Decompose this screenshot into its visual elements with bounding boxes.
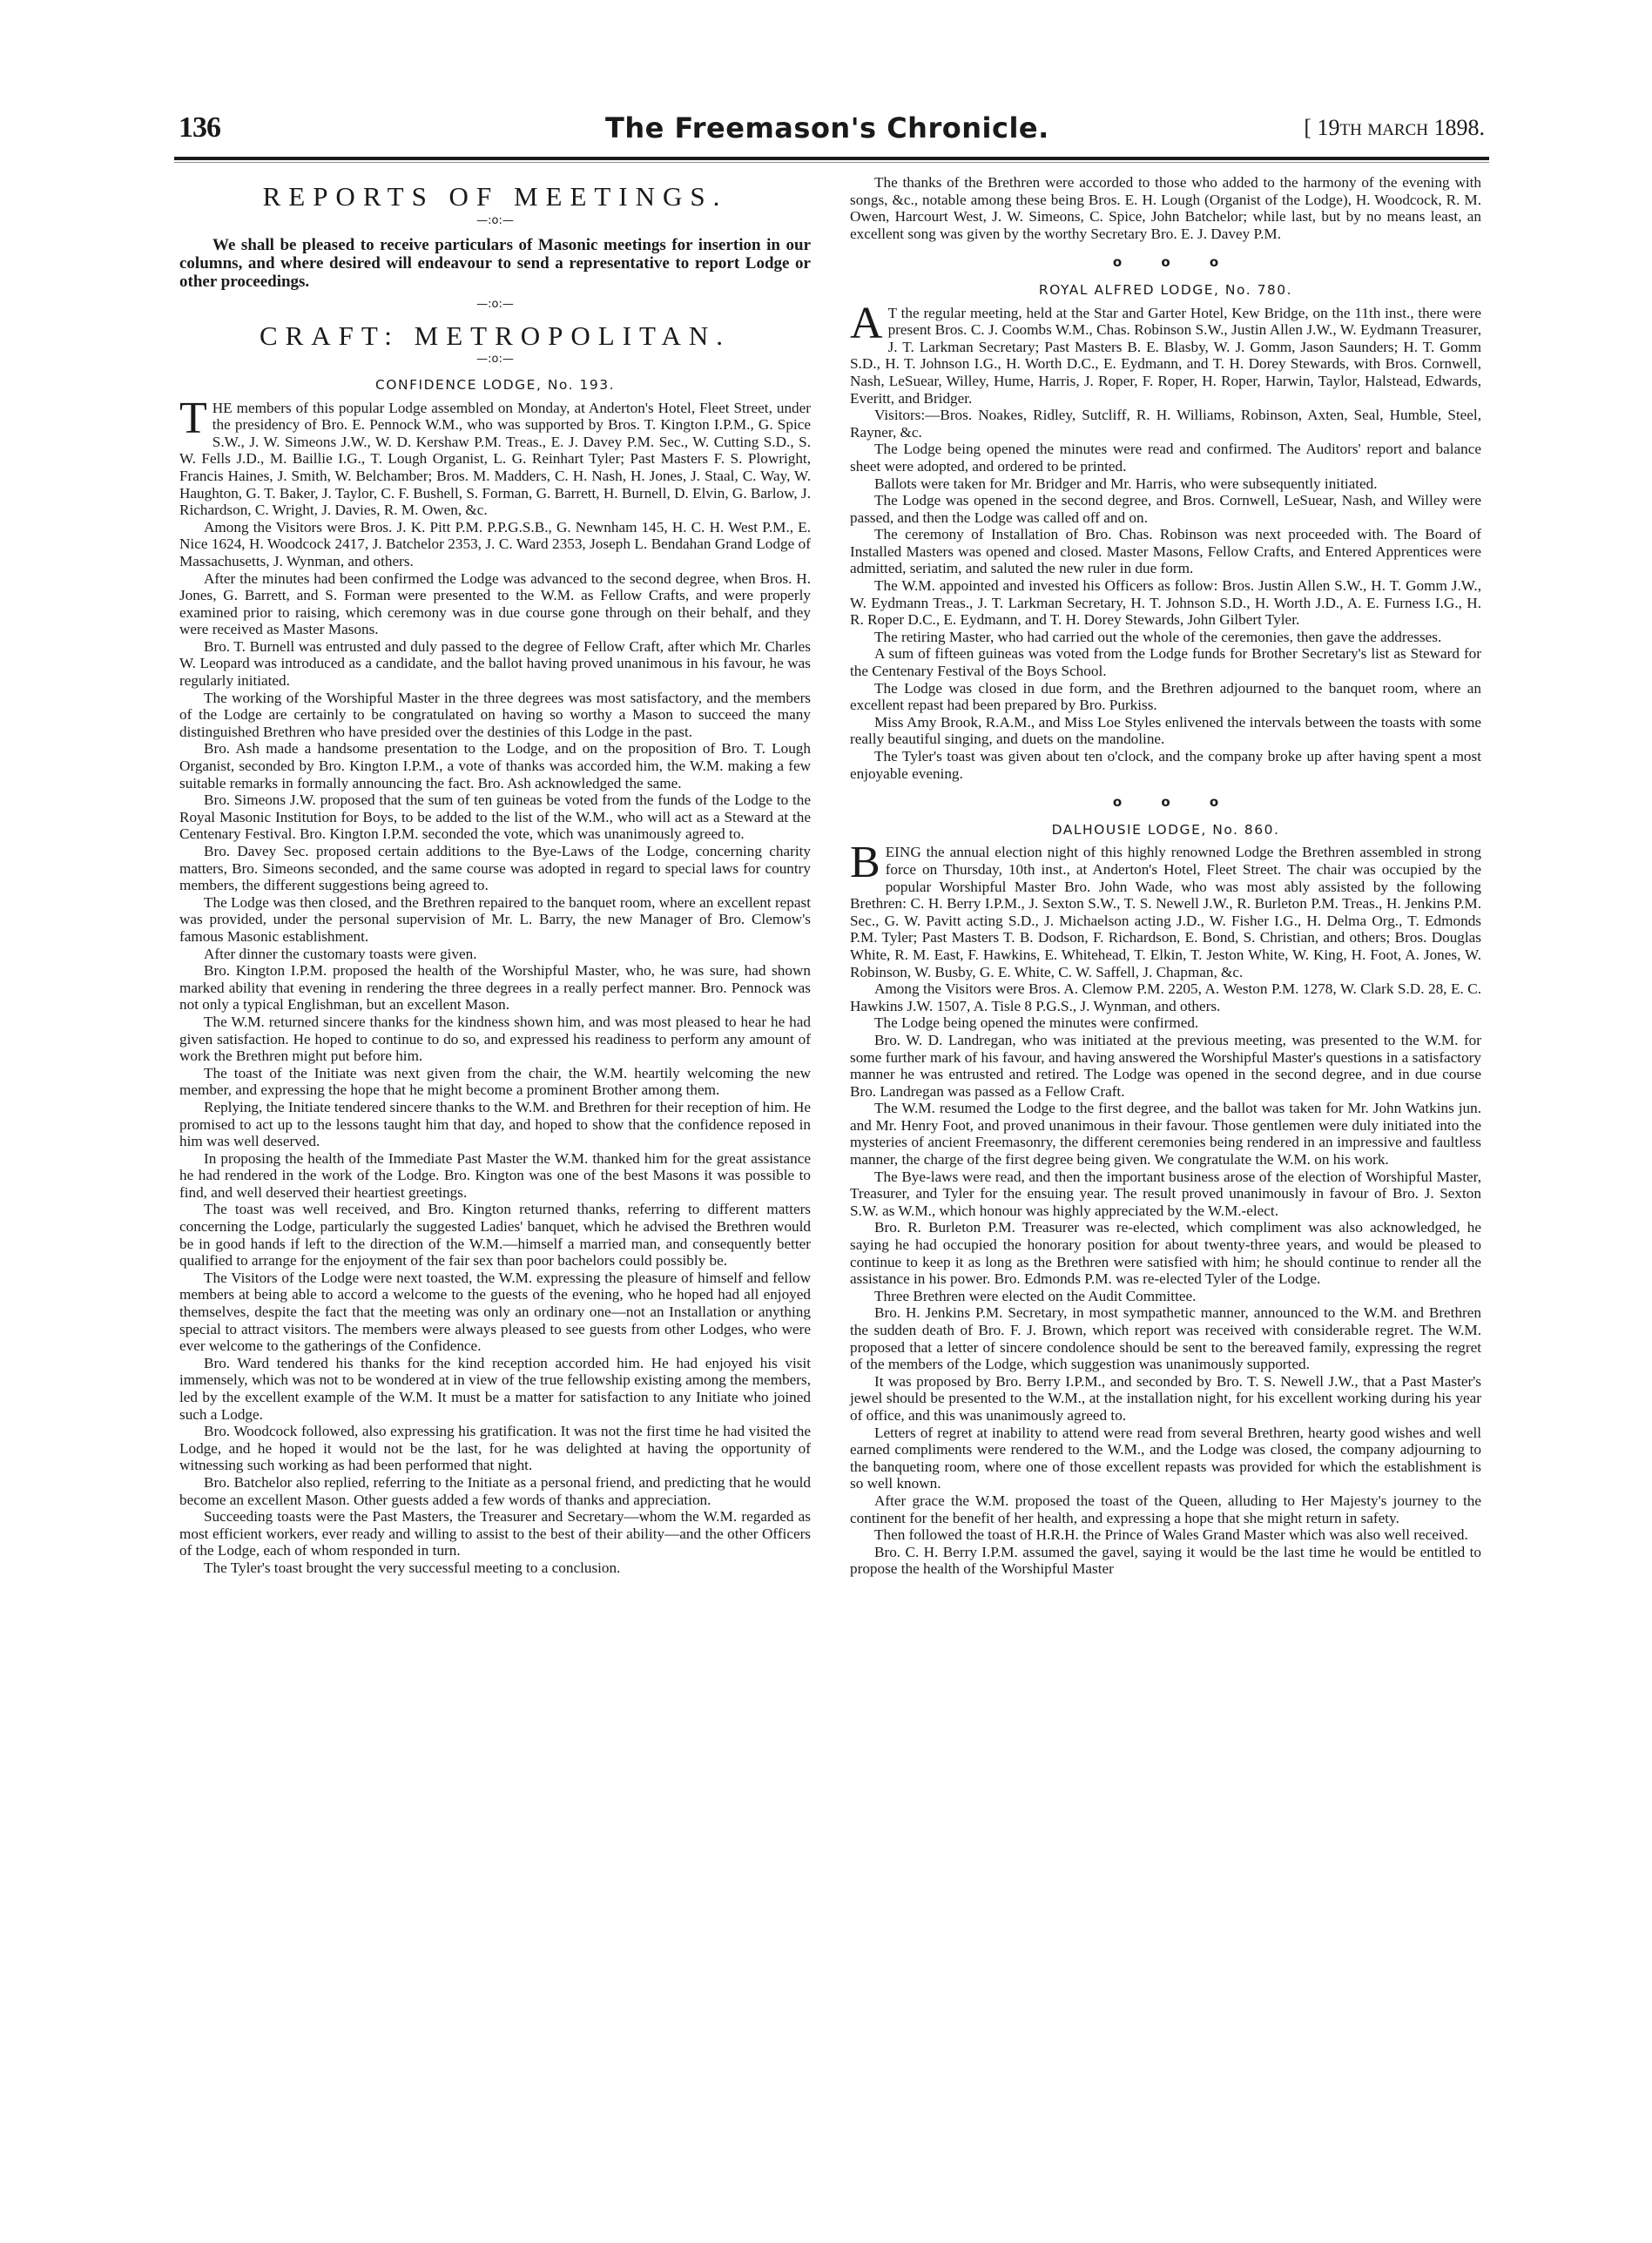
drop-cap: B: [850, 845, 880, 880]
article-paragraph: Among the Visitors were Bros. J. K. Pitt…: [179, 519, 811, 570]
article-paragraph: In proposing the health of the Immediate…: [179, 1150, 811, 1202]
article-paragraph: THE members of this popular Lodge assemb…: [179, 400, 811, 519]
separator: —:o:—: [179, 296, 811, 313]
article-paragraph: It was proposed by Bro. Berry I.P.M., an…: [850, 1373, 1481, 1425]
date-ordinal: TH: [1339, 121, 1361, 139]
masthead-rule: [174, 157, 1489, 160]
drop-cap: T: [179, 401, 207, 436]
publication-title: The Freemason's Chronicle.: [605, 111, 1049, 145]
article-paragraph: After the minutes had been confirmed the…: [179, 570, 811, 638]
article-paragraph: The Lodge was opened in the second degre…: [850, 492, 1481, 526]
article-paragraph: The Lodge was then closed, and the Breth…: [179, 894, 811, 946]
article-paragraph: Bro. H. Jenkins P.M. Secretary, in most …: [850, 1304, 1481, 1372]
article-dalhousie-lodge: BEING the annual election night of this …: [850, 844, 1481, 1578]
section-heading-craft: CRAFT: METROPOLITAN.: [179, 327, 811, 345]
article-paragraph: Bro. Batchelor also replied, referring t…: [179, 1474, 811, 1508]
article-paragraph: Bro. Ward tendered his thanks for the ki…: [179, 1355, 811, 1423]
article-confidence-lodge: THE members of this popular Lodge assemb…: [179, 400, 811, 1577]
drop-cap: A: [850, 306, 883, 341]
article-paragraph: After dinner the customary toasts were g…: [179, 946, 811, 963]
date-bracket: [: [1304, 115, 1311, 140]
paragraph-text: HE members of this popular Lodge assembl…: [179, 400, 811, 519]
article-paragraph: The Lodge being opened the minutes were …: [850, 441, 1481, 475]
article-paragraph: The Lodge being opened the minutes were …: [850, 1014, 1481, 1032]
article-paragraph: Among the Visitors were Bros. A. Clemow …: [850, 980, 1481, 1014]
article-paragraph: After grace the W.M. proposed the toast …: [850, 1492, 1481, 1526]
lodge-heading-dalhousie: DALHOUSIE LODGE, No. 860.: [850, 822, 1481, 839]
article-paragraph: Bro. R. Burleton P.M. Treasurer was re-e…: [850, 1219, 1481, 1287]
continued-paragraph: The thanks of the Brethren were accorded…: [850, 174, 1481, 242]
article-paragraph: A sum of fifteen guineas was voted from …: [850, 645, 1481, 679]
article-paragraph: The W.M. resumed the Lodge to the first …: [850, 1100, 1481, 1168]
article-paragraph: Then followed the toast of H.R.H. the Pr…: [850, 1526, 1481, 1544]
issue-date: [ 19TH MARCH 1898.: [1304, 115, 1485, 141]
article-paragraph: Ballots were taken for Mr. Bridger and M…: [850, 475, 1481, 493]
masthead: 136 The Freemason's Chronicle. [ 19TH MA…: [179, 111, 1485, 155]
section-heading-reports: REPORTS OF MEETINGS.: [179, 188, 811, 205]
lodge-heading-royal-alfred: ROYAL ALFRED LODGE, No. 780.: [850, 282, 1481, 300]
article-paragraph: Succeeding toasts were the Past Masters,…: [179, 1508, 811, 1559]
date-year: 1898.: [1434, 115, 1486, 140]
article-paragraph: BEING the annual election night of this …: [850, 844, 1481, 980]
article-paragraph: The W.M. returned sincere thanks for the…: [179, 1014, 811, 1065]
article-royal-alfred-lodge: AT the regular meeting, held at the Star…: [850, 305, 1481, 783]
paragraph-text: EING the annual election night of this h…: [850, 844, 1481, 980]
masthead-rule-thin: [174, 162, 1489, 163]
article-paragraph: Bro. Davey Sec. proposed certain additio…: [179, 843, 811, 894]
article-paragraph: Bro. T. Burnell was entrusted and duly p…: [179, 638, 811, 690]
article-paragraph: AT the regular meeting, held at the Star…: [850, 305, 1481, 408]
article-paragraph: The ceremony of Installation of Bro. Cha…: [850, 526, 1481, 577]
article-paragraph: The Visitors of the Lodge were next toas…: [179, 1270, 811, 1355]
article-paragraph: The toast was well received, and Bro. Ki…: [179, 1201, 811, 1269]
lodge-heading-confidence: CONFIDENCE LODGE, No. 193.: [179, 377, 811, 394]
article-paragraph: The Bye-laws were read, and then the imp…: [850, 1169, 1481, 1220]
article-paragraph: The toast of the Initiate was next given…: [179, 1065, 811, 1099]
page-number: 136: [179, 111, 220, 145]
date-day: 19: [1317, 115, 1339, 140]
article-paragraph: Visitors:—Bros. Noakes, Ridley, Sutcliff…: [850, 407, 1481, 441]
separator: —:o:—: [179, 212, 811, 230]
date-month: MARCH: [1367, 121, 1428, 139]
article-paragraph: Bro. Woodcock followed, also expressing …: [179, 1423, 811, 1474]
separator: —:o:—: [179, 351, 811, 368]
article-paragraph: Replying, the Initiate tendered sincere …: [179, 1099, 811, 1150]
editorial-notice: We shall be pleased to receive particula…: [179, 236, 811, 291]
paragraph-text: T the regular meeting, held at the Star …: [850, 305, 1481, 407]
article-paragraph: The working of the Worshipful Master in …: [179, 690, 811, 741]
article-paragraph: The Lodge was closed in due form, and th…: [850, 680, 1481, 714]
article-paragraph: The retiring Master, who had carried out…: [850, 629, 1481, 646]
article-paragraph: The Tyler's toast was given about ten o'…: [850, 748, 1481, 782]
left-column: REPORTS OF MEETINGS. —:o:— We shall be p…: [179, 174, 811, 1577]
section-divider: o o o: [850, 794, 1481, 812]
article-paragraph: Miss Amy Brook, R.A.M., and Miss Loe Sty…: [850, 714, 1481, 748]
article-paragraph: Letters of regret at inability to attend…: [850, 1425, 1481, 1492]
article-paragraph: Bro. Simeons J.W. proposed that the sum …: [179, 791, 811, 843]
article-paragraph: The Tyler's toast brought the very succe…: [179, 1559, 811, 1577]
article-paragraph: Bro. C. H. Berry I.P.M. assumed the gave…: [850, 1544, 1481, 1578]
article-paragraph: The W.M. appointed and invested his Offi…: [850, 577, 1481, 629]
article-paragraph: Bro. W. D. Landregan, who was initiated …: [850, 1032, 1481, 1100]
right-column: The thanks of the Brethren were accorded…: [850, 174, 1481, 1578]
section-divider: o o o: [850, 254, 1481, 272]
article-paragraph: Bro. Ash made a handsome presentation to…: [179, 740, 811, 791]
article-paragraph: Bro. Kington I.P.M. proposed the health …: [179, 962, 811, 1014]
article-paragraph: Three Brethren were elected on the Audit…: [850, 1288, 1481, 1305]
notice-text: We shall be pleased to receive particula…: [179, 236, 811, 291]
